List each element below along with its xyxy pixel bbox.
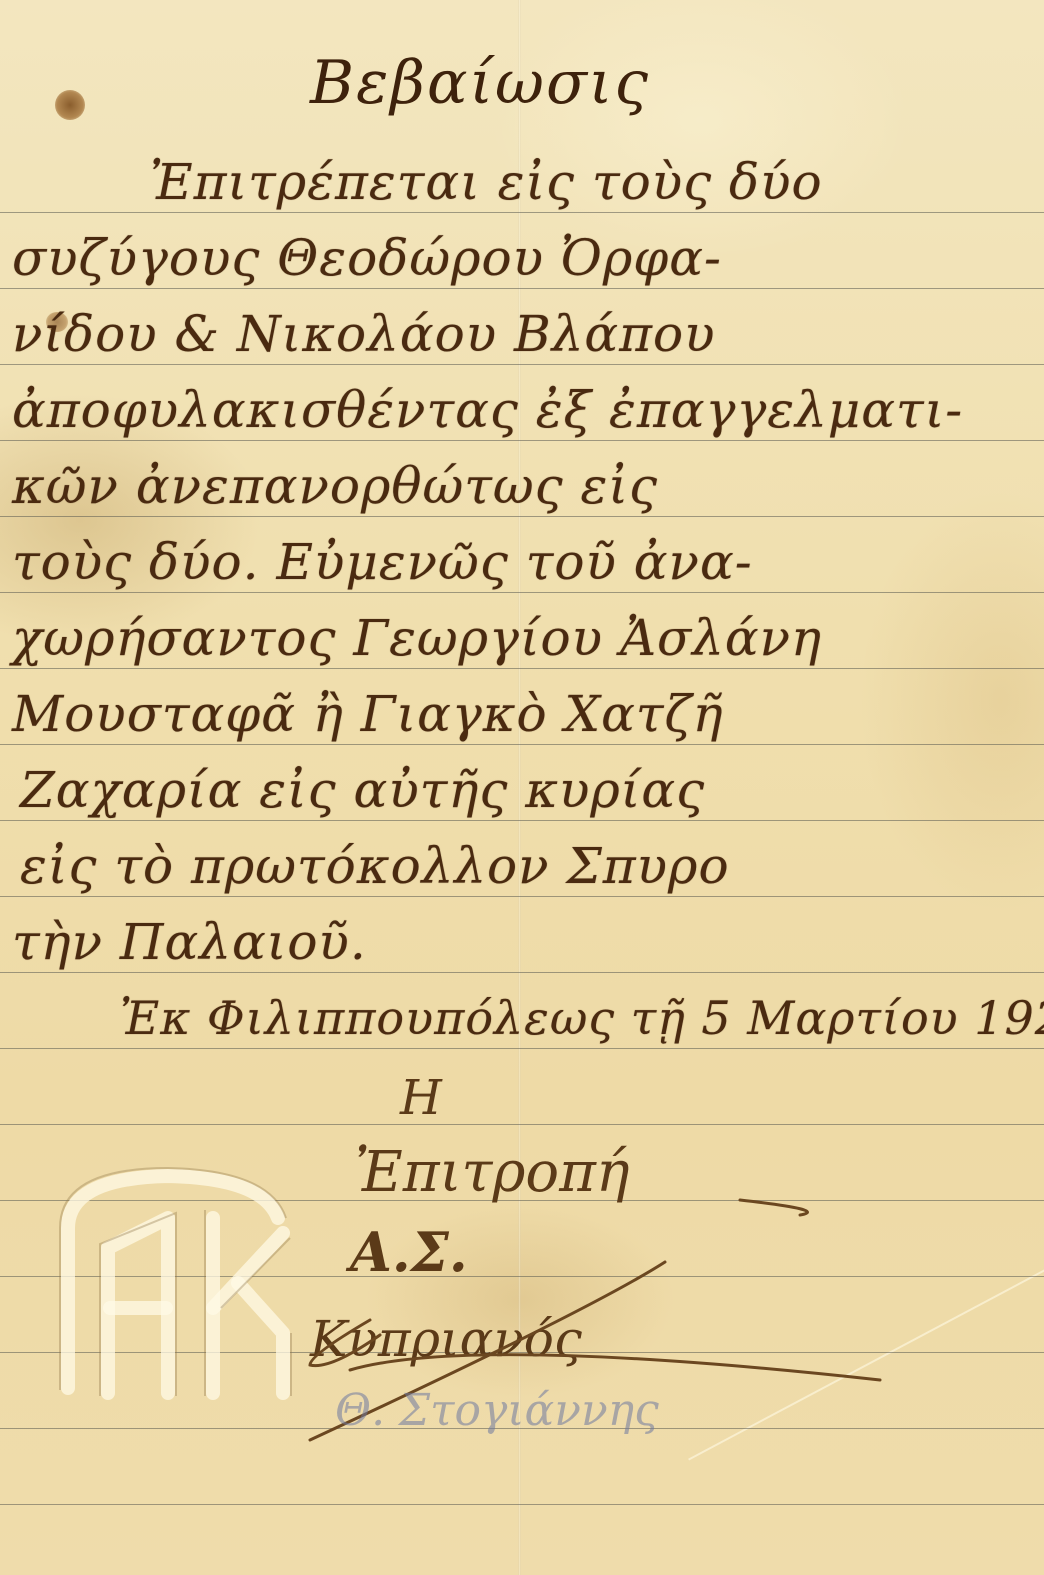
document-title: Βεβαίωσις [310,48,650,118]
ruled-line [0,820,1044,821]
ruled-line [0,668,1044,669]
closing-article: Η [400,1070,442,1126]
body-line: Μουσταφᾶ ἢ Γιαγκὸ Χατζῆ [12,684,1044,744]
pencil-signature: Θ. Στογιάννης [335,1385,659,1436]
body-line: συζύγους Θεοδώρου Ὀρφα- [12,228,1044,288]
ink-stain [55,90,85,120]
date-line: Ἐκ Φιλιππουπόλεως τῇ 5 Μαρτίου 1924 [120,988,1044,1048]
ruled-line [0,364,1044,365]
body-line: ἀποφυλακισθέντας ἐξ ἐπαγγελματι- [12,380,1044,440]
ruled-line [0,1504,1044,1505]
body-line: νίδου & Νικολάου Βλάπου [12,304,1044,364]
ruled-line [0,212,1044,213]
ruled-line [0,1124,1044,1125]
ruled-line [0,440,1044,441]
body-line: χωρήσαντος Γεωργίου Ἀσλάνη [12,608,1044,668]
document-page: Βεβαίωσις Ἐπιτρέπεται εἰς τοὺς δύο συζύγ… [0,0,1044,1575]
body-line: Ἐπιτρέπεται εἰς τοὺς δύο [150,152,1044,212]
ruled-line [0,1048,1044,1049]
embossed-monogram-icon [48,1158,298,1418]
ruled-line [0,288,1044,289]
ruled-line [0,516,1044,517]
ruled-line [0,592,1044,593]
body-line: τοὺς δύο. Εὐμενῶς τοῦ ἀνα- [12,532,1044,592]
body-line: εἰς τὸ πρωτόκολλον Σπυρο [20,836,1044,896]
ruled-line [0,744,1044,745]
body-line: Ζαχαρία εἰς αὐτῆς κυρίας [20,760,1044,820]
ruled-line [0,972,1044,973]
ruled-line [0,896,1044,897]
body-line: τὴν Παλαιοῦ. [12,912,1044,972]
body-line: κῶν ἀνεπανορθώτως εἰς [12,456,1044,516]
